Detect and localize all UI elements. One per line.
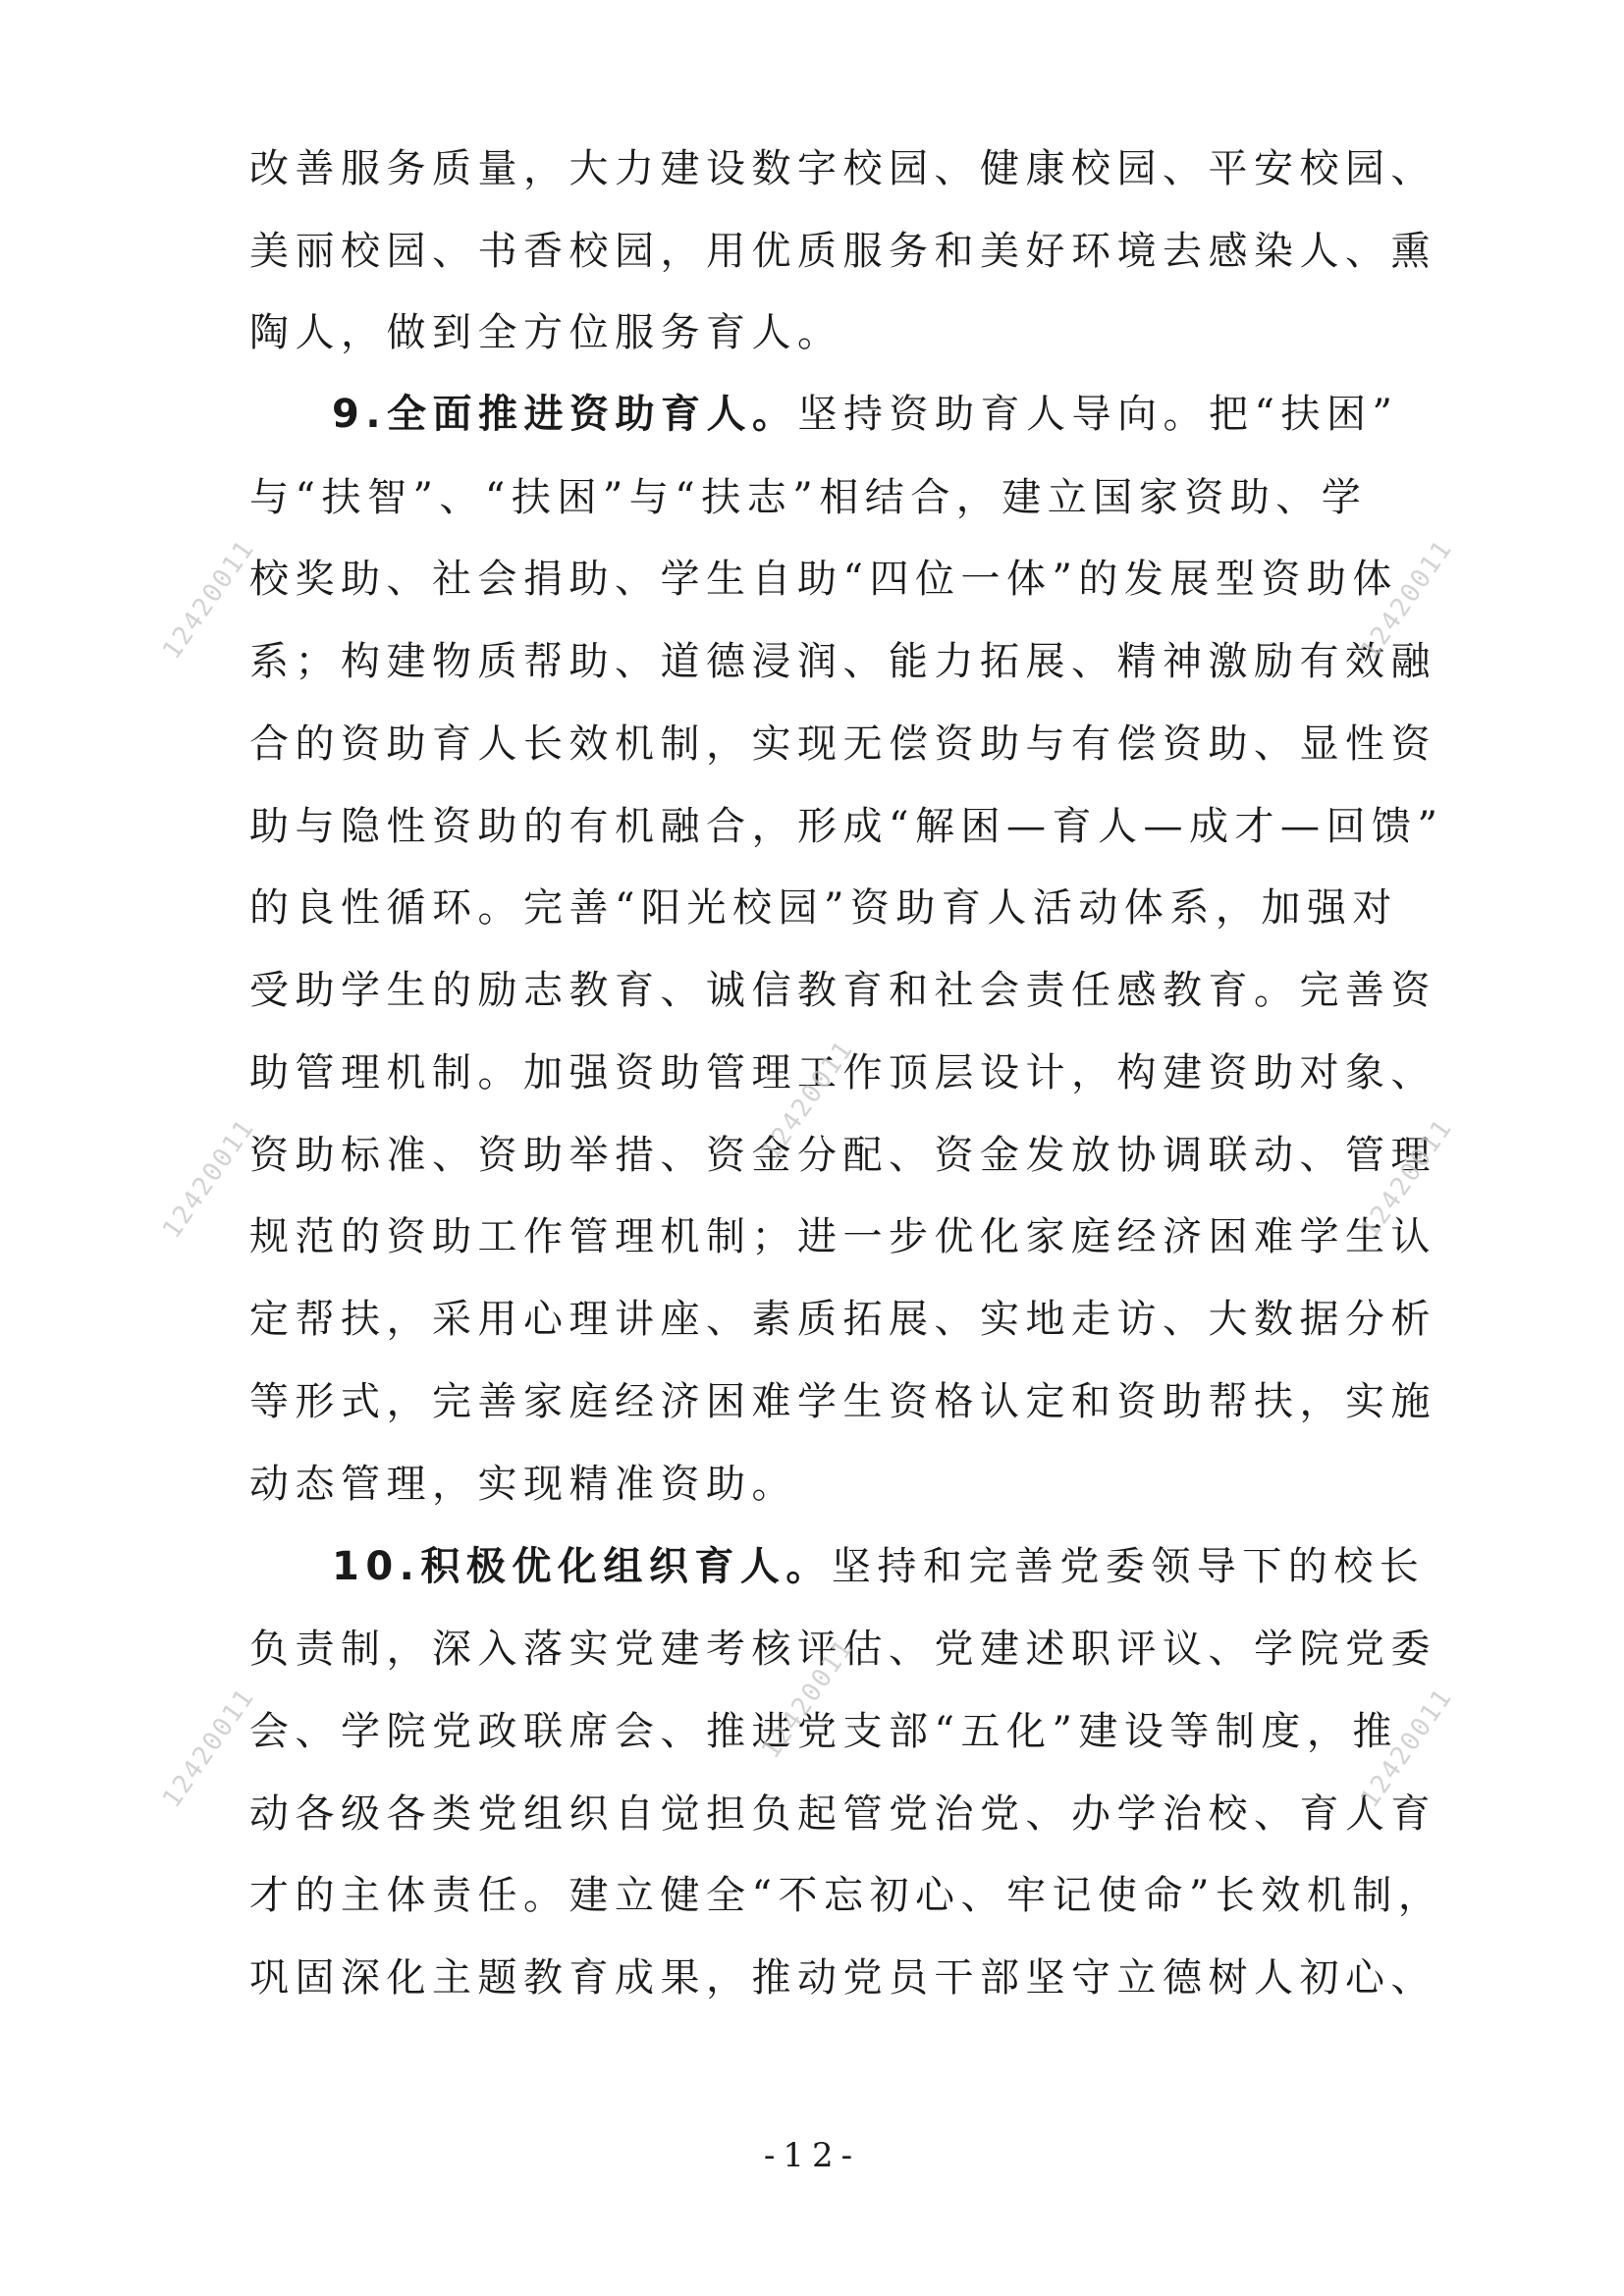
section-9-text: 坚持资助育人导向。把“扶困” [798,392,1399,437]
page-number: -12- [0,2136,1624,2175]
text-line: 合的资助育人长效机制，实现无偿资助与有偿资助、显性资 [249,721,1379,768]
section-10-heading: 10.积极优化组织育人。 [332,1544,832,1589]
watermark: 12420011 [157,1682,261,1813]
section-9-heading: 9.全面推进资助育人。 [332,392,798,437]
text-line: 陶人，做到全方位服务育人。 [249,309,1379,356]
watermark: 12420011 [157,534,261,665]
text-line: 校奖助、社会捐助、学生自助“四位一体”的发展型资助体 [249,556,1379,603]
section-9-paragraph-start: 9.全面推进资助育人。坚持资助育人导向。把“扶困” [332,391,1379,438]
text-line: 动态管理，实现精准资助。 [249,1461,1379,1508]
text-line: 巩固深化主题教育成果，推动党员干部坚守立德树人初心、 [249,1954,1379,2002]
document-page: 改善服务质量，大力建设数字校园、健康校园、平安校园、 美丽校园、书香校园，用优质… [0,0,1624,2296]
text-line: 受助学生的励志教育、诚信教育和社会责任感教育。完善资 [249,967,1379,1014]
text-line: 动各级各类党组织自觉担负起管党治党、办学治校、育人育 [249,1790,1379,1838]
section-10-paragraph-start: 10.积极优化组织育人。坚持和完善党委领导下的校长 [332,1543,1379,1590]
text-line: 改善服务质量，大力建设数字校园、健康校园、平安校园、 [249,145,1379,192]
text-line: 定帮扶，采用心理讲座、素质拓展、实地走访、大数据分析 [249,1296,1379,1343]
text-line: 才的主体责任。建立健全“不忘初心、牢记使命”长效机制， [249,1872,1379,1919]
text-line: 资助标准、资助举措、资金分配、资金发放协调联动、管理 [249,1132,1379,1179]
text-line: 的良性循环。完善“阳光校园”资助育人活动体系，加强对 [249,884,1379,932]
text-line: 与“扶智”、“扶困”与“扶志”相结合，建立国家资助、学 [249,474,1379,521]
section-10-text: 坚持和完善党委领导下的校长 [832,1544,1426,1589]
text-line: 美丽校园、书香校园，用优质服务和美好环境去感染人、熏 [249,228,1379,275]
text-line: 规范的资助工作管理机制；进一步优化家庭经济困难学生认 [249,1213,1379,1260]
text-line: 助与隐性资助的有机融合，形成“解困—育人—成才—回馈” [249,803,1379,850]
text-line: 等形式，完善家庭经济困难学生资格认定和资助帮扶，实施 [249,1378,1379,1425]
text-line: 系；构建物质帮助、道德浸润、能力拓展、精神激励有效融 [249,638,1379,685]
watermark: 12420011 [157,1113,261,1244]
